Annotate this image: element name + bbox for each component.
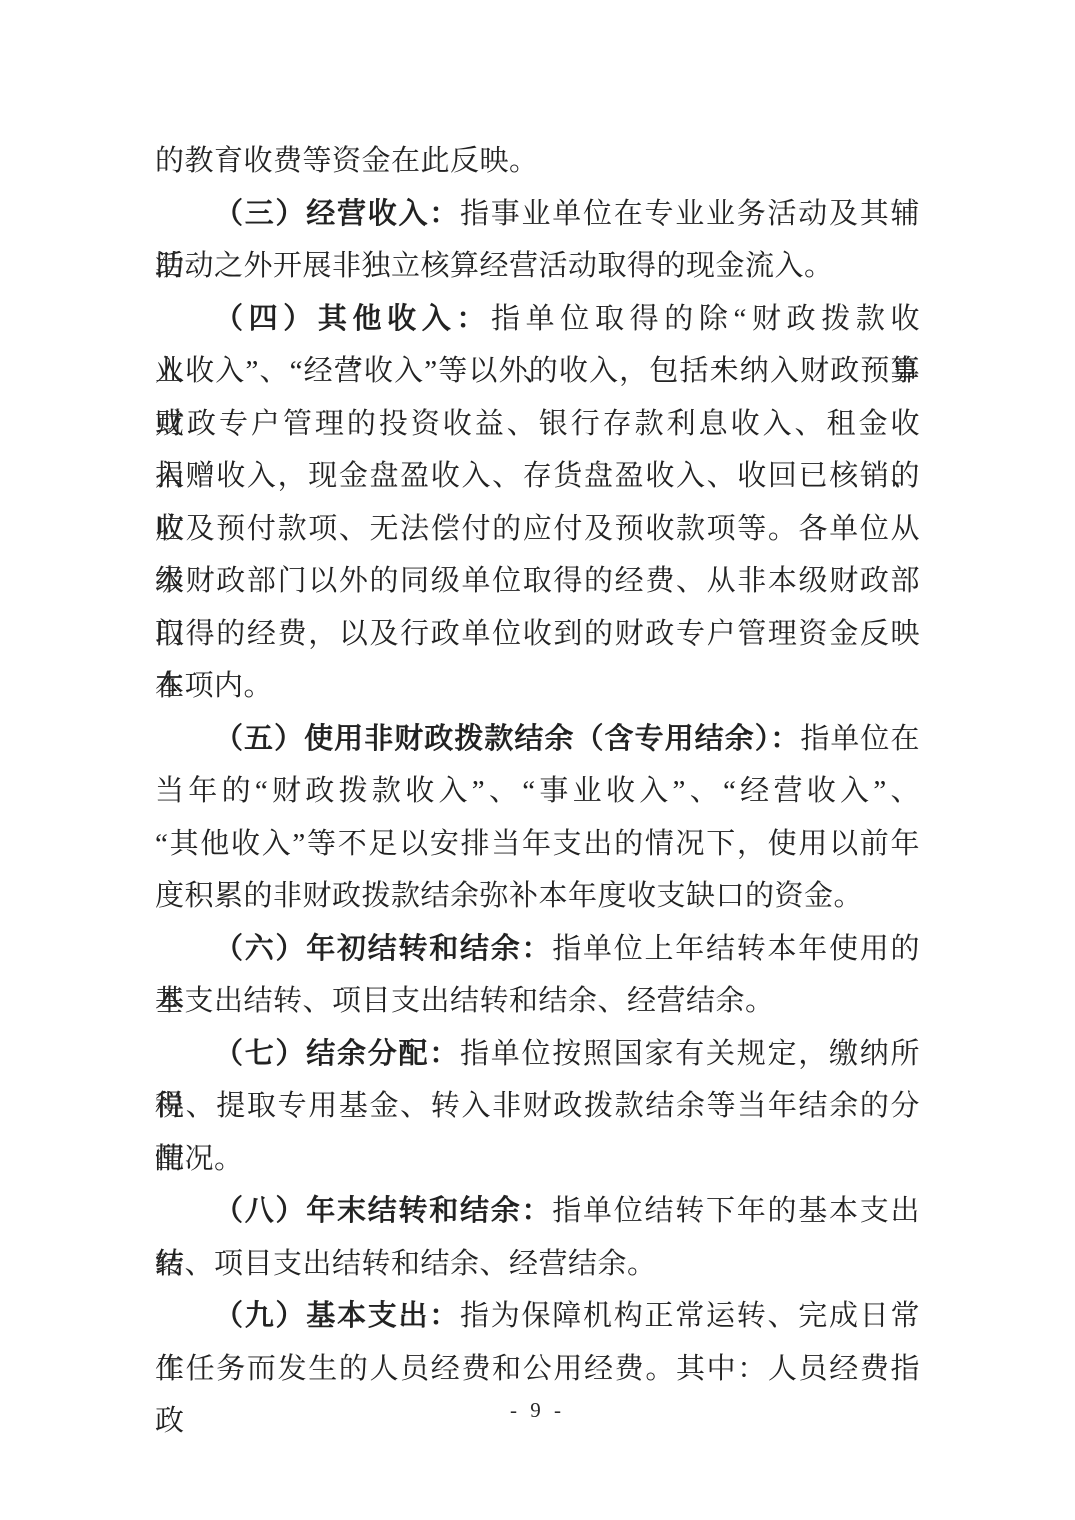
- text-line: 收及预付款项、无法偿付的应付及预收款项等。各单位从本: [155, 503, 920, 556]
- page-footer: - 9 -: [0, 1398, 1075, 1423]
- text-line: （三）经营收入：指事业单位在专业业务活动及其辅助: [155, 188, 920, 241]
- text-line: （七）结余分配：指单位按照国家有关规定，缴纳所得: [155, 1028, 920, 1081]
- text-line: 本支出结转、项目支出结转和结余、经营结余。: [155, 975, 920, 1028]
- text-line: 活动之外开展非独立核算经营活动取得的现金流入。: [155, 240, 920, 293]
- text-line: （六）年初结转和结余：指单位上年结转本年使用的基: [155, 923, 920, 976]
- paragraph-heading: （七）结余分配：: [214, 1038, 460, 1070]
- text-line: 转、项目支出结转和结余、经营结余。: [155, 1238, 920, 1291]
- line-text: 作任务而发生的人员经费和公用经费。其中：人员经费指政: [155, 1353, 920, 1438]
- text-line: 税、提取专用基金、转入非财政拨款结余等当年结余的分配: [155, 1080, 920, 1133]
- text-line: 作任务而发生的人员经费和公用经费。其中：人员经费指政: [155, 1343, 920, 1396]
- text-line: （八）年末结转和结余：指单位结转下年的基本支出结: [155, 1185, 920, 1238]
- document-body: 的教育收费等资金在此反映。 （三）经营收入：指事业单位在专业业务活动及其辅助 活…: [155, 135, 920, 1395]
- text-line: 度积累的非财政拨款结余弥补本年度收支缺口的资金。: [155, 870, 920, 923]
- text-line: 业收入”、“经营收入”等以外的收入，包括未纳入财政预算或: [155, 345, 920, 398]
- line-text: 的教育收费等资金在此反映。: [155, 145, 539, 177]
- paragraph-heading: （六）年初结转和结余：: [214, 933, 552, 965]
- line-text: 度积累的非财政拨款结余弥补本年度收支缺口的资金。: [155, 880, 863, 912]
- text-line: （五）使用非财政拨款结余（含专用结余）：指单位在: [155, 713, 920, 766]
- line-text: “其他收入”等不足以安排当年支出的情况下，使用以前年: [155, 828, 920, 860]
- paragraph-heading: （三）经营收入：: [214, 198, 460, 230]
- text-line: 的教育收费等资金在此反映。: [155, 135, 920, 188]
- line-text: 活动之外开展非独立核算经营活动取得的现金流入。: [155, 250, 834, 282]
- page-number: - 9 -: [510, 1398, 565, 1422]
- text-line: （四）其他收入：指单位取得的除“财政拨款收入”、“事: [155, 293, 920, 346]
- paragraph-heading: （九）基本支出：: [214, 1300, 460, 1332]
- text-line: （九）基本支出：指为保障机构正常运转、完成日常工: [155, 1290, 920, 1343]
- paragraph-heading: （八）年末结转和结余：: [214, 1195, 552, 1227]
- line-text: 当年的“财政拨款收入”、“事业收入”、“经营收入”、: [155, 775, 920, 807]
- line-text: 情况。: [155, 1143, 244, 1175]
- text-line: 情况。: [155, 1133, 920, 1186]
- line-text: 本项内。: [155, 670, 273, 702]
- line-text: 指单位在: [800, 723, 920, 755]
- text-line: 当年的“财政拨款收入”、“事业收入”、“经营收入”、: [155, 765, 920, 818]
- line-text: 本支出结转、项目支出结转和结余、经营结余。: [155, 985, 775, 1017]
- line-text: 转、项目支出结转和结余、经营结余。: [155, 1248, 657, 1280]
- text-line: 捐赠收入，现金盘盈收入、存货盘盈收入、收回已核销的应: [155, 450, 920, 503]
- text-line: “其他收入”等不足以安排当年支出的情况下，使用以前年: [155, 818, 920, 871]
- text-line: 取得的经费，以及行政单位收到的财政专户管理资金反映在: [155, 608, 920, 661]
- paragraph-heading: （四）其他收入：: [214, 303, 491, 335]
- text-line: 财政专户管理的投资收益、银行存款利息收入、租金收入、: [155, 398, 920, 451]
- paragraph-heading: （五）使用非财政拨款结余（含专用结余）：: [214, 723, 800, 755]
- text-line: 本项内。: [155, 660, 920, 713]
- text-line: 级财政部门以外的同级单位取得的经费、从非本级财政部门: [155, 555, 920, 608]
- document-page: 的教育收费等资金在此反映。 （三）经营收入：指事业单位在专业业务活动及其辅助 活…: [0, 0, 1075, 1520]
